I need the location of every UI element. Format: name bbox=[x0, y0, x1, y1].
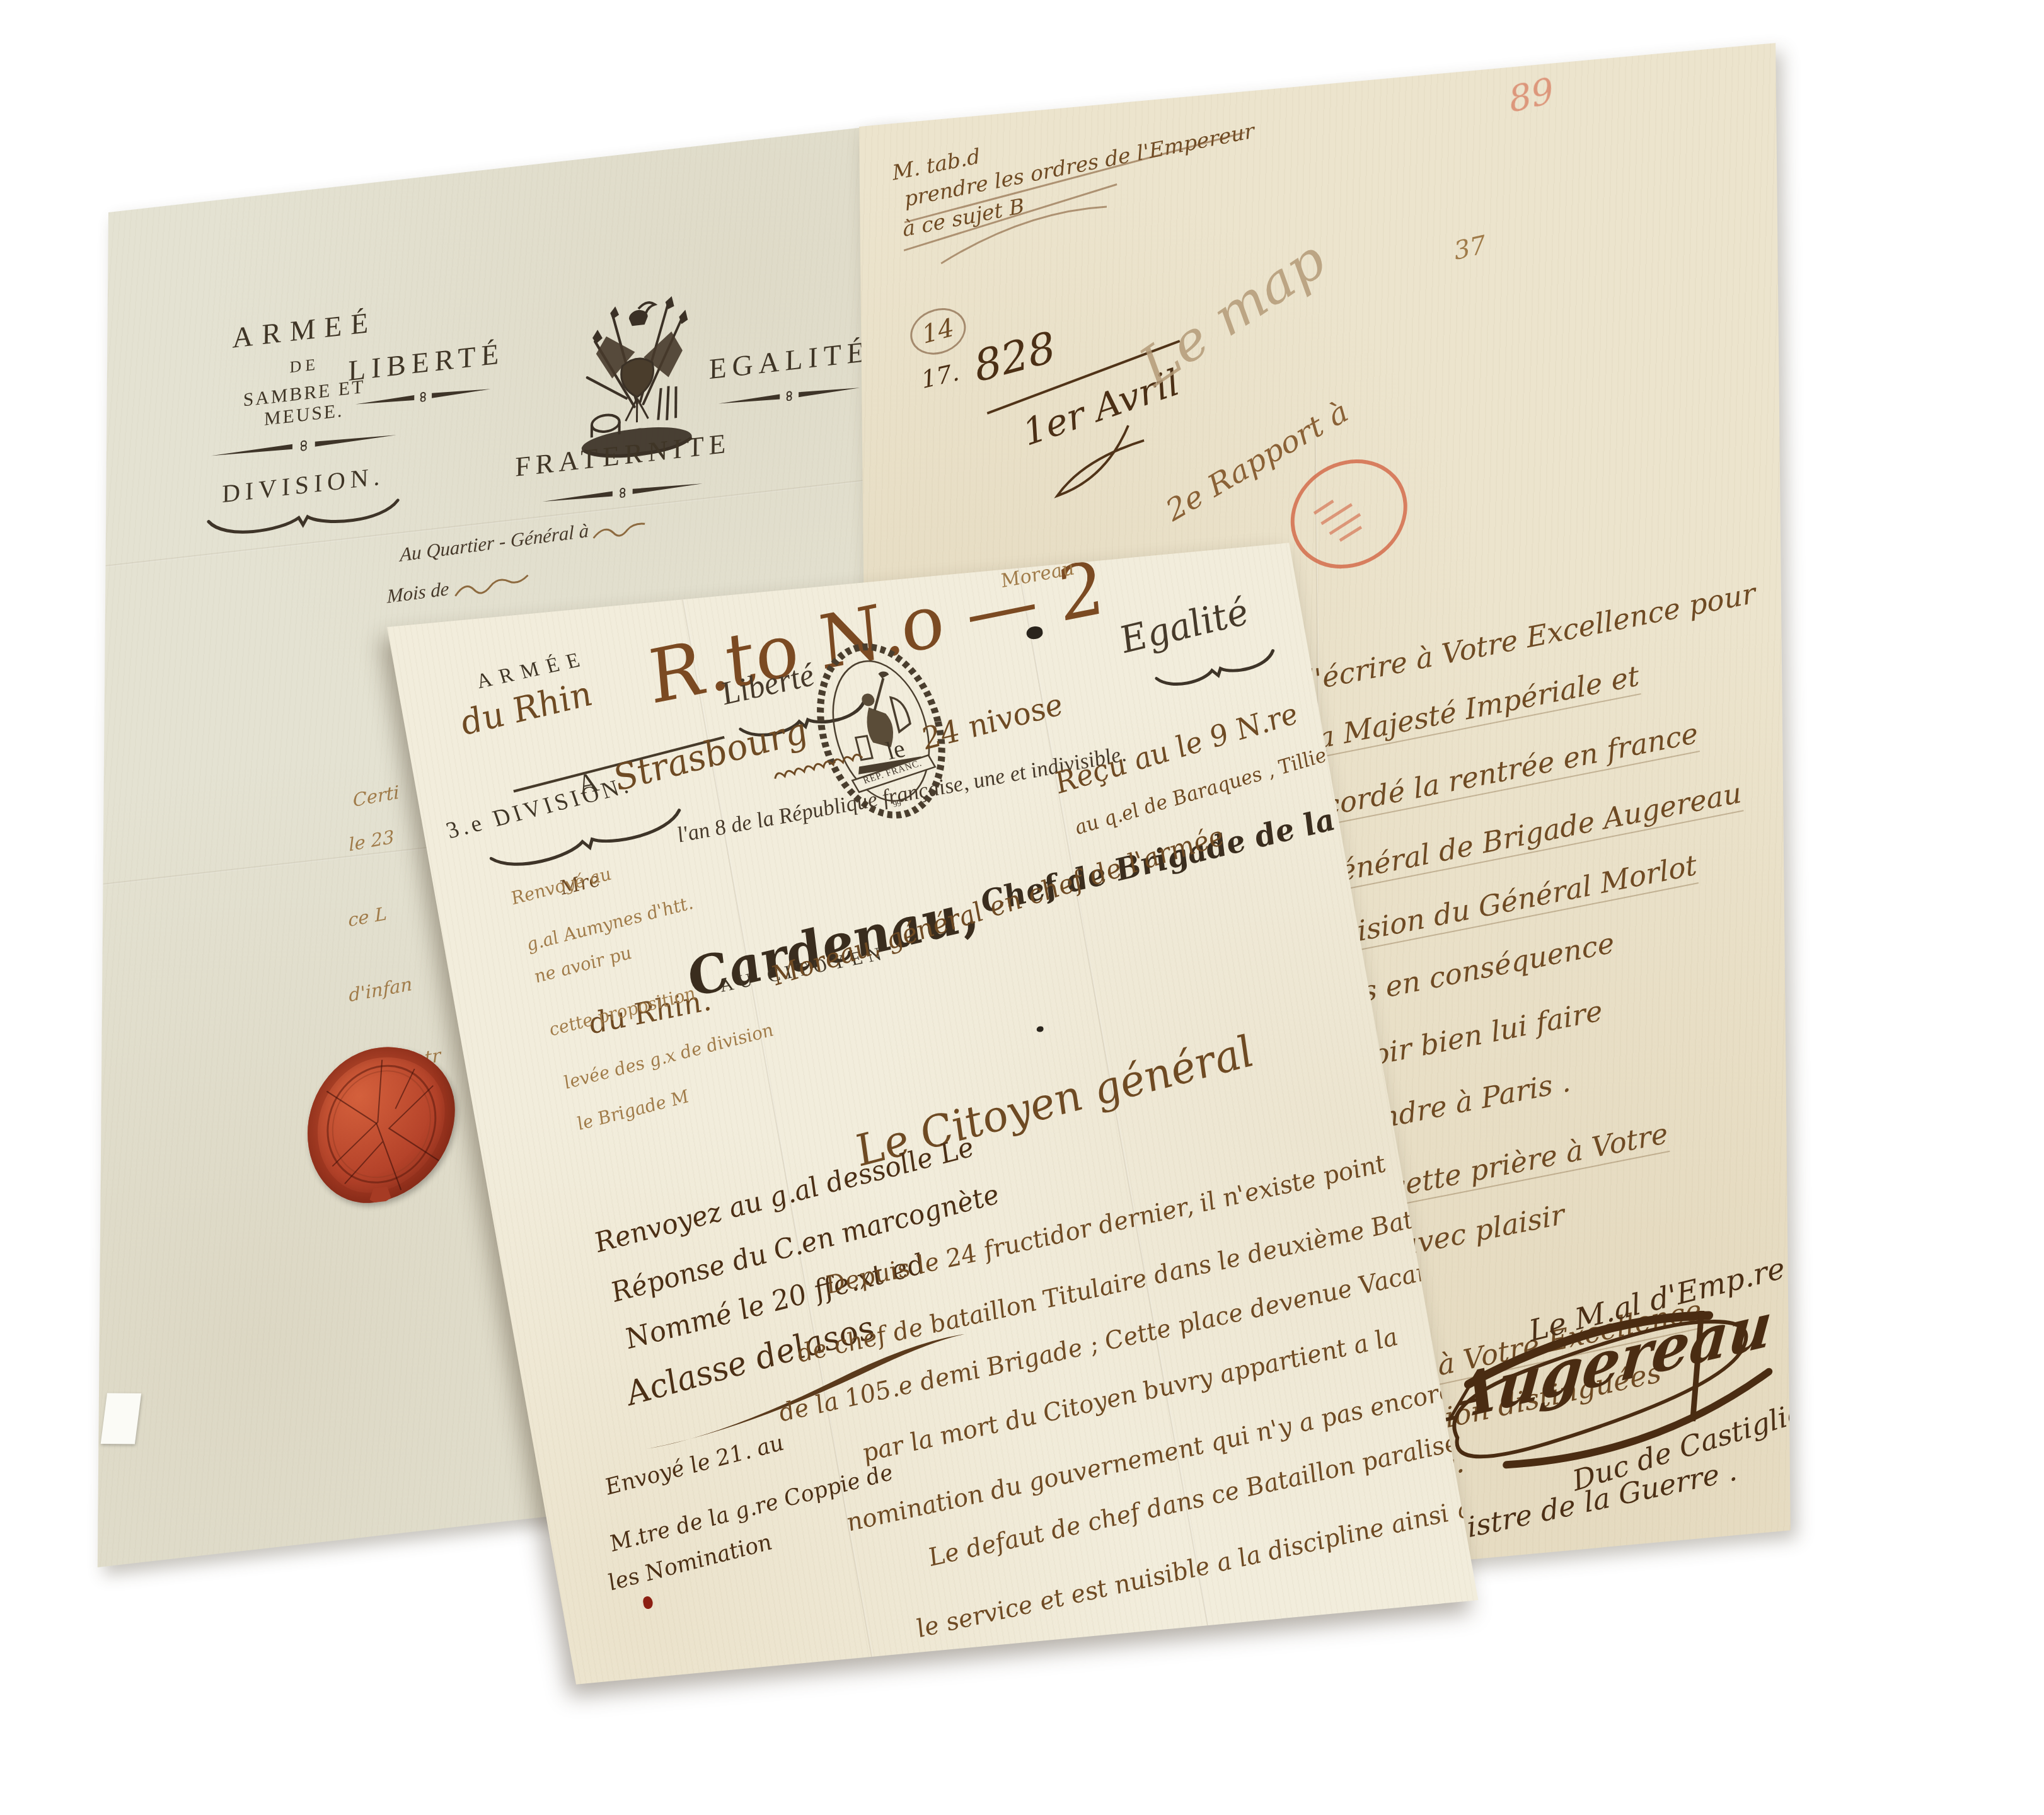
dest-hand: Moreau, général en chef de l'armée bbox=[767, 821, 1229, 991]
manuscript-fragment: Certi bbox=[352, 781, 400, 811]
paper-tag bbox=[101, 1393, 142, 1444]
du-rhin-hand: du Rhin bbox=[455, 674, 598, 743]
red-crayon-number: 89 bbox=[1506, 71, 1557, 121]
page-number: 37 bbox=[1452, 230, 1488, 266]
red-ink-stamp bbox=[1278, 442, 1421, 585]
photo-of-documents: ARMEÉ DE SAMBRE ET MEUSE. DIVISION. LIBE… bbox=[0, 0, 2044, 1815]
mois-label: Mois de bbox=[387, 577, 449, 608]
brace-ornament bbox=[1153, 647, 1281, 697]
ornament-rule bbox=[354, 384, 492, 410]
circled-number: 14 bbox=[906, 302, 969, 360]
mois-line: Mois de bbox=[387, 565, 546, 611]
small-number: 17. bbox=[920, 358, 961, 394]
margin-note: le Brigade M bbox=[574, 1086, 692, 1134]
hand-flourish bbox=[591, 517, 648, 544]
place-hand: Strasbourg bbox=[608, 710, 813, 798]
hand-flourish bbox=[451, 569, 545, 602]
augereau-signature: Augereau bbox=[1446, 1289, 1777, 1434]
stamp-marks bbox=[1282, 450, 1406, 573]
margin-note: g.al Aumynes d'htt. bbox=[523, 892, 696, 955]
egalite-rhin-label: Egalité bbox=[1114, 590, 1254, 661]
wax-seal-cracks bbox=[307, 1039, 456, 1210]
manuscript-fragment: ce L bbox=[347, 902, 387, 931]
egalite-block: EGALITÉ bbox=[698, 333, 881, 411]
letterhead-army-block: ARMEÉ DE SAMBRE ET MEUSE. DIVISION. bbox=[200, 301, 408, 549]
manuscript-fragment: d'infan bbox=[348, 973, 412, 1006]
date-hand: 24 nivose bbox=[916, 687, 1068, 757]
document-cardenau-letter: R.to N.o — 2 Moreau ARMÉE du Rhin 3.e DI… bbox=[387, 543, 1478, 1684]
wax-speck bbox=[642, 1596, 654, 1609]
ornament-rule bbox=[210, 429, 398, 462]
ornament-rule bbox=[717, 383, 862, 409]
ornament-rule bbox=[541, 478, 704, 507]
red-wax-seal bbox=[307, 1039, 456, 1210]
egalite-label: EGALITÉ bbox=[698, 333, 881, 387]
quartier-label: Au Quartier - Général à bbox=[400, 519, 589, 566]
imperial-order-note: M. tab.d prendre les ordres de l'Empereu… bbox=[891, 84, 1291, 273]
ink-blot bbox=[1036, 1026, 1044, 1032]
